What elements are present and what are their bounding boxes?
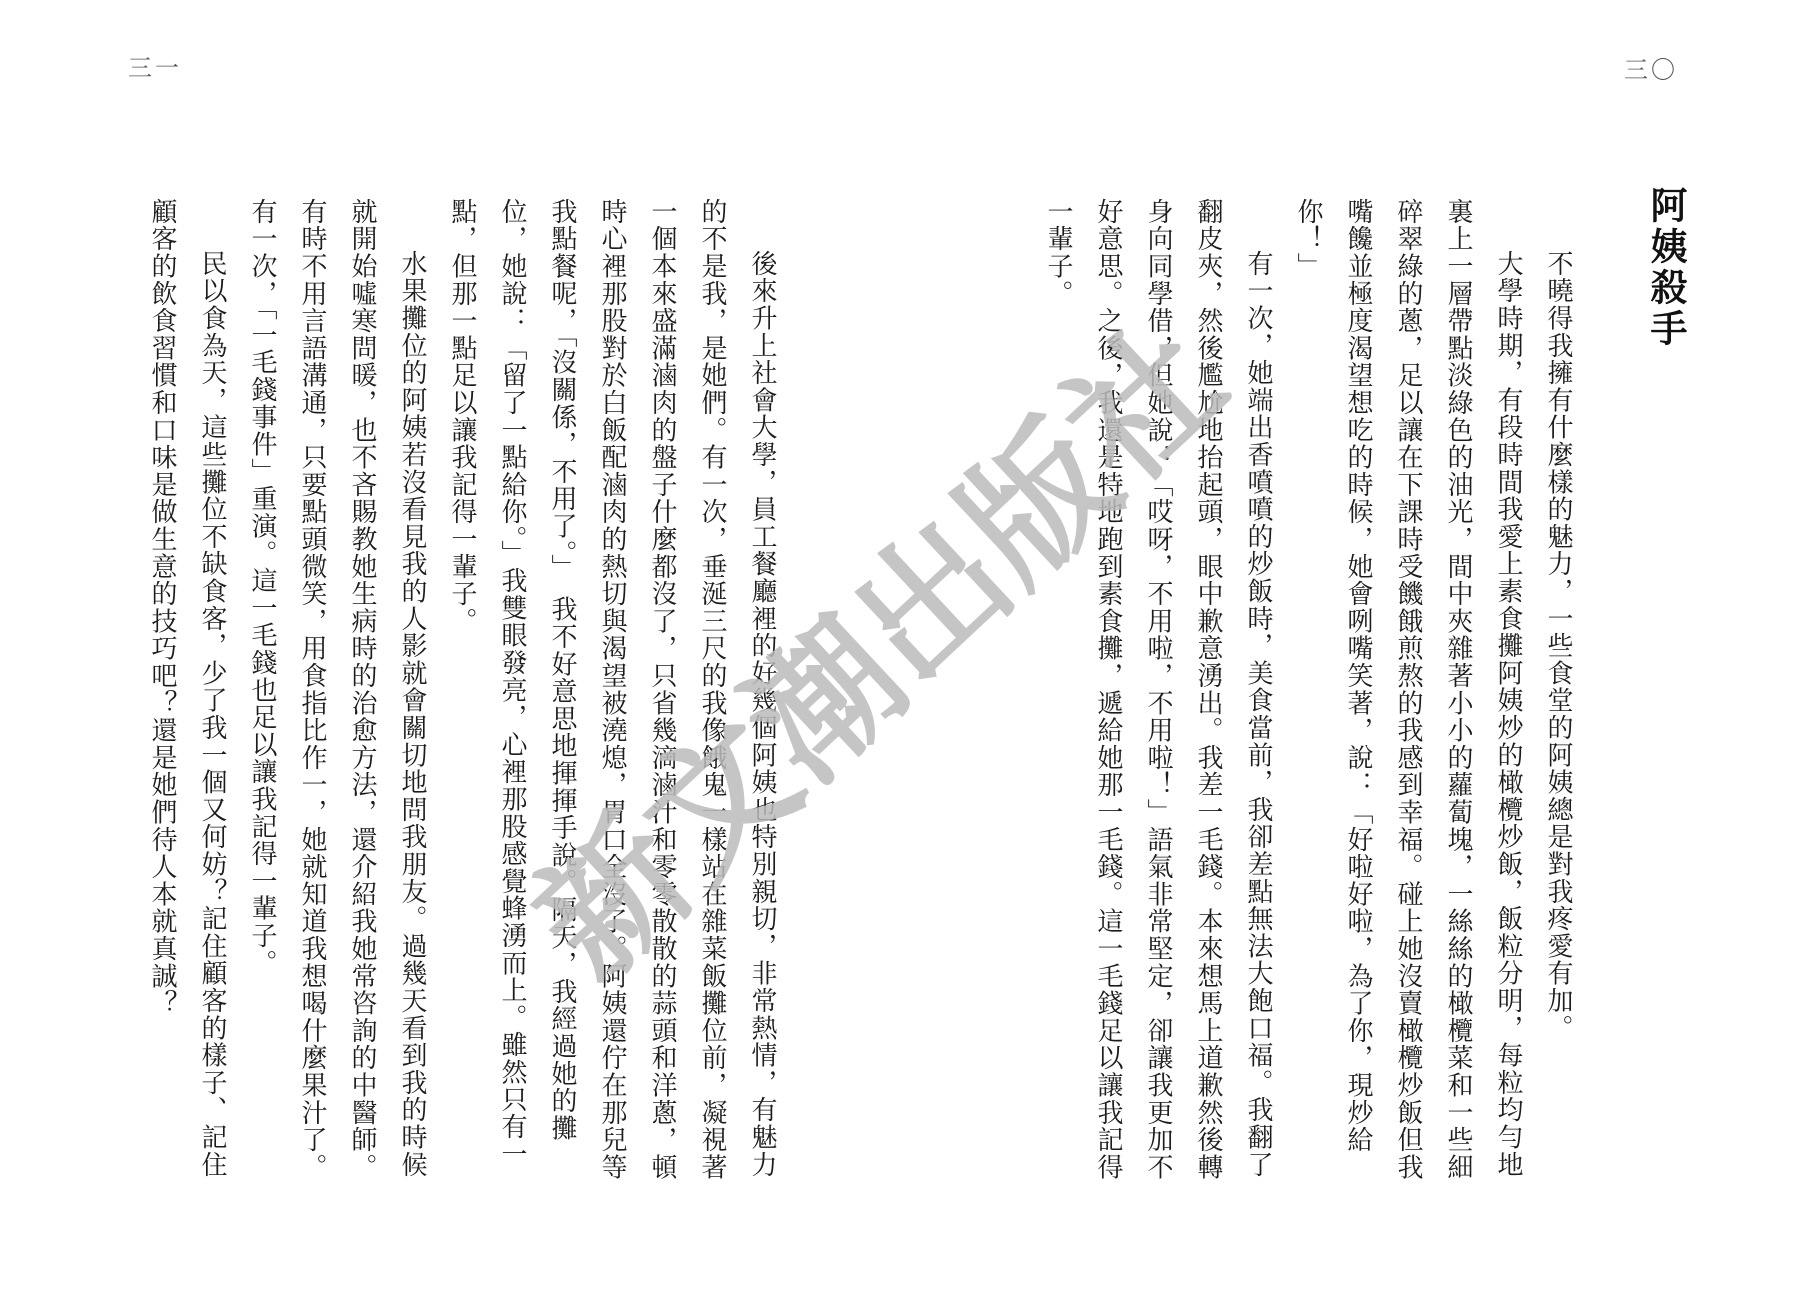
left-page-body: 後來升上社會大學，員工餐廳裡的好幾個阿姨也特別親切，非常熱情，有魅力的不是我，是… [137,198,787,1183]
paragraph: 大學時期，有段時間我愛上素食攤阿姨炒的橄欖炒飯，飯粒分明，每粒均勻地裏上一層帶點… [1283,198,1533,1183]
paragraph: 後來升上社會大學，員工餐廳裡的好幾個阿姨也特別親切，非常熱情，有魅力的不是我，是… [437,198,787,1183]
page-number-right: 三〇 [1624,50,1678,85]
paragraph: 水果攤位的阿姨若沒看見我的人影就會關切地問我朋友。過幾天看到我的時候就開始噓寒問… [237,198,437,1183]
paragraph: 不曉得我擁有什麼樣的魅力，一些食堂的阿姨總是對我疼愛有加。 [1533,198,1583,1183]
page-number-left: 三一 [128,48,182,83]
right-page-body: 不曉得我擁有什麼樣的魅力，一些食堂的阿姨總是對我疼愛有加。 大學時期，有段時間我… [1033,198,1583,1183]
paragraph: 民以食為天，這些攤位不缺食客，少了我一個又何妨？記住顧客的樣子、記住顧客的飲食習… [137,198,237,1183]
paragraph: 有一次，她端出香噴噴的炒飯時，美食當前，我卻差點無法大飽口福。我翻了翻皮夾，然後… [1033,198,1283,1183]
article-title: 阿姨殺手 [1637,186,1691,606]
book-spread: 三〇 阿姨殺手 不曉得我擁有什麼樣的魅力，一些食堂的阿姨總是對我疼愛有加。 大學… [0,0,1800,1316]
